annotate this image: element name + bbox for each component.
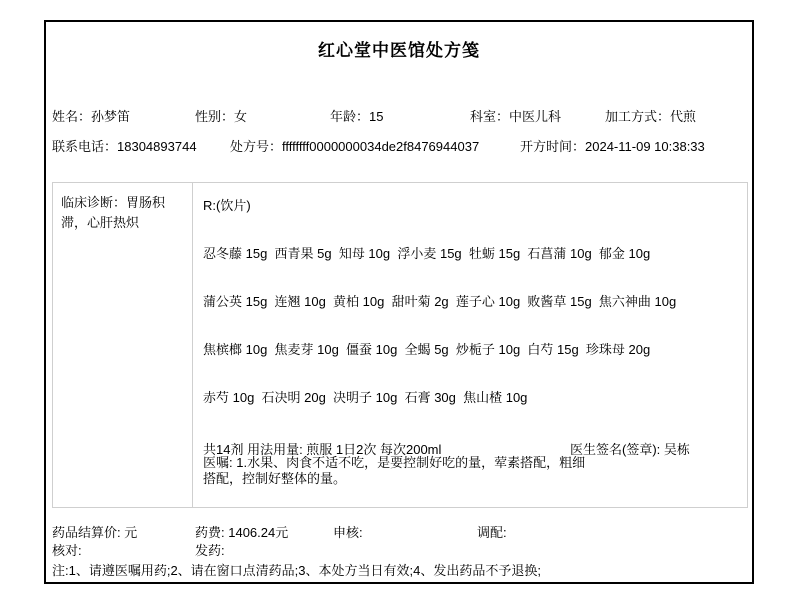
dispense-prep-label: 调配: (477, 525, 507, 540)
review-label: 申核: (333, 525, 363, 540)
doctor-signature: 医生签名(签章): 吴栋 (570, 439, 690, 458)
processing-method-value: 代煎 (670, 109, 696, 124)
herb-line: 焦槟榔 10g 焦麦芽 10g 僵蚕 10g 全蝎 5g 炒栀子 10g 白芍 … (203, 339, 650, 358)
issue-time-label: 开方时间： (520, 139, 585, 154)
patient-department-field: 科室：中医儿科 (470, 106, 561, 125)
phone-value: 18304893744 (117, 139, 197, 154)
patient-department-value: 中医儿科 (509, 109, 561, 124)
phone-label: 联系电话： (52, 139, 117, 154)
check-field: 核对: (52, 540, 82, 559)
herb-line: 忍冬藤 15g 西青果 5g 知母 10g 浮小麦 15g 牡蛎 15g 石菖蒲… (203, 243, 650, 262)
patient-gender-field: 性别：女 (195, 106, 247, 125)
settlement-price-label: 药品结算价: (52, 525, 124, 540)
patient-name-field: 姓名：孙梦笛 (52, 106, 130, 125)
phone-field: 联系电话：18304893744 (52, 136, 197, 155)
patient-age-label: 年龄： (330, 109, 369, 124)
settlement-price-value: 元 (124, 525, 137, 540)
prescription-box: 临床诊断：胃肠积滞，心肝热炽 R:(饮片) 忍冬藤 15g 西青果 5g 知母 … (52, 182, 748, 508)
patient-gender-value: 女 (234, 109, 247, 124)
prescription-no-value: ffffffff0000000034de2f8476944037 (282, 139, 479, 154)
settlement-price-field: 药品结算价: 元 (52, 522, 137, 541)
diagnosis-column: 临床诊断：胃肠积滞，心肝热炽 (53, 183, 193, 507)
patient-gender-label: 性别： (195, 109, 234, 124)
issue-time-field: 开方时间：2024-11-09 10:38:33 (520, 136, 705, 155)
patient-age-value: 15 (369, 109, 383, 124)
issue-time-value: 2024-11-09 10:38:33 (585, 139, 705, 154)
patient-age-field: 年龄：15 (330, 106, 383, 125)
dispense-label: 发药: (195, 543, 225, 558)
diagnosis-label: 临床诊断： (61, 195, 126, 210)
herb-line: 赤芍 10g 石决明 20g 决明子 10g 石膏 30g 焦山楂 10g (203, 387, 527, 406)
clinical-diagnosis: 临床诊断：胃肠积滞，心肝热炽 (61, 193, 173, 233)
prescription-page: 红心堂中医馆处方笺 姓名：孙梦笛 性别：女 年龄：15 科室：中医儿科 加工方式… (0, 0, 800, 600)
dispense-prep-field: 调配: (477, 522, 507, 541)
processing-method-label: 加工方式： (605, 109, 670, 124)
page-title: 红心堂中医馆处方笺 (46, 36, 752, 61)
doctor-signature-value: 吴栋 (664, 442, 690, 457)
patient-department-label: 科室： (470, 109, 509, 124)
medical-advice: 医嘱: 1.水果、肉食不适不吃，是要控制好吃的量，荤素搭配，粗细搭配，控制好整体… (203, 455, 587, 487)
prescription-no-field: 处方号：ffffffff0000000034de2f8476944037 (230, 136, 479, 155)
dispense-field: 发药: (195, 540, 225, 559)
herb-line: 蒲公英 15g 连翘 10g 黄柏 10g 甜叶菊 2g 莲子心 10g 败酱草… (203, 291, 676, 310)
footer-note: 注:1、请遵医嘱用药;2、请在窗口点清药品;3、本处方当日有效;4、发出药品不予… (52, 560, 541, 579)
patient-name-label: 姓名： (52, 109, 91, 124)
processing-method-field: 加工方式：代煎 (605, 106, 696, 125)
rx-header: R:(饮片) (203, 195, 251, 214)
medicine-fee-label: 药费: (195, 525, 228, 540)
patient-name-value: 孙梦笛 (91, 109, 130, 124)
prescription-sheet: 红心堂中医馆处方笺 姓名：孙梦笛 性别：女 年龄：15 科室：中医儿科 加工方式… (44, 20, 754, 584)
medicine-fee-field: 药费: 1406.24元 (195, 522, 288, 541)
medicine-fee-value: 1406.24元 (228, 525, 288, 540)
check-label: 核对: (52, 543, 82, 558)
prescription-no-label: 处方号： (230, 139, 282, 154)
review-field: 申核: (333, 522, 363, 541)
